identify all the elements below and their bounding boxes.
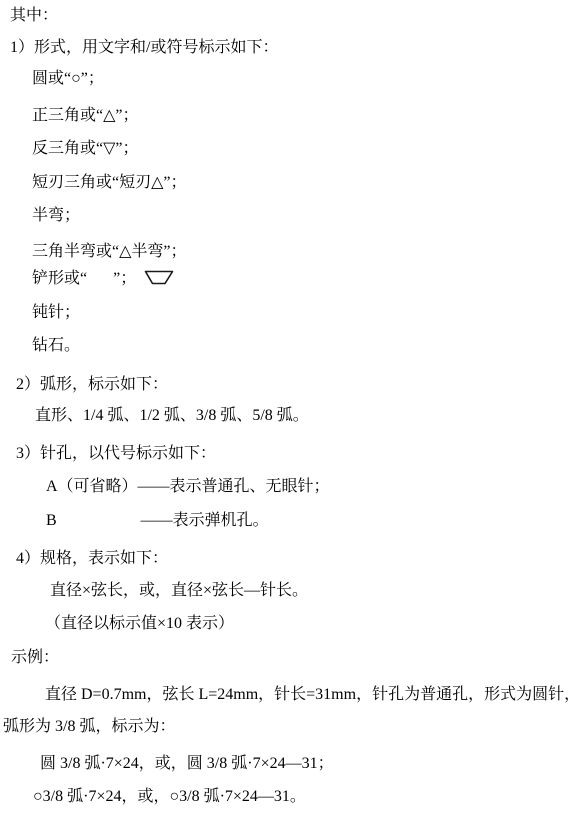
hole-item-b-code: B (46, 512, 57, 529)
form-item-triangle-half-bend: 三角半弯或“△半弯”； (32, 242, 187, 262)
example-paragraph-line-1: 直径 D=0.7mm，弦长 L=24mm，针长=31mm，针孔为普通孔，形式为圆… (45, 685, 572, 705)
example-marking-2: ○3/8 弧·7×24，或，○3/8 弧·7×24—31。 (33, 787, 306, 807)
form-item-short-blade-triangle: 短刃三角或“短刃△”； (32, 173, 187, 193)
example-label: 示例： (11, 648, 59, 668)
form-item-half-bend: 半弯； (32, 206, 80, 226)
form-item-diamond: 钻石。 (32, 336, 80, 356)
form-item-shovel: 铲形或“”； (32, 269, 174, 289)
section-2-title: 2）弧形，标示如下： (16, 375, 168, 395)
section-4-title: 4）规格，表示如下： (16, 549, 168, 569)
hole-item-b-desc: ——表示弹机孔。 (141, 512, 269, 529)
arc-types-line: 直形、1/4 弧、1/2 弧、3/8 弧、5/8 弧。 (35, 406, 309, 426)
spec-note-line: （直径以标示值×10 表示） (45, 614, 234, 634)
hole-item-a: A（可省略）——表示普通孔、无眼针； (46, 477, 330, 497)
spec-format-line: 直径×弦长，或，直径×弦长—针长。 (50, 581, 308, 601)
heading: 其中： (10, 6, 58, 26)
form-item-inverted-triangle: 反三角或“▽”； (32, 139, 139, 159)
form-item-shovel-prefix: 铲形或“ (32, 270, 87, 287)
form-item-shovel-suffix: ”； (113, 270, 136, 287)
hole-item-b: B——表示弹机孔。 (46, 511, 269, 531)
form-item-blunt-needle: 钝针； (32, 303, 80, 323)
section-1-title: 1）形式，用文字和/或符号标示如下： (10, 38, 278, 58)
section-3-title: 3）针孔，以代号标示如下： (16, 444, 216, 464)
alignment-gap (57, 524, 141, 525)
document-page: 其中： 1）形式，用文字和/或符号标示如下： 圆或“○”； 正三角或“△”； 反… (0, 0, 572, 813)
form-item-regular-triangle: 正三角或“△”； (32, 106, 139, 126)
empty-quote-gap (87, 282, 113, 283)
example-paragraph-line-2: 弧形为 3/8 弧，标示为： (3, 717, 175, 737)
example-marking-1: 圆 3/8 弧·7×24，或，圆 3/8 弧·7×24—31； (40, 754, 334, 774)
trapezoid-icon (144, 270, 174, 285)
form-item-circle: 圆或“○”； (32, 69, 104, 89)
